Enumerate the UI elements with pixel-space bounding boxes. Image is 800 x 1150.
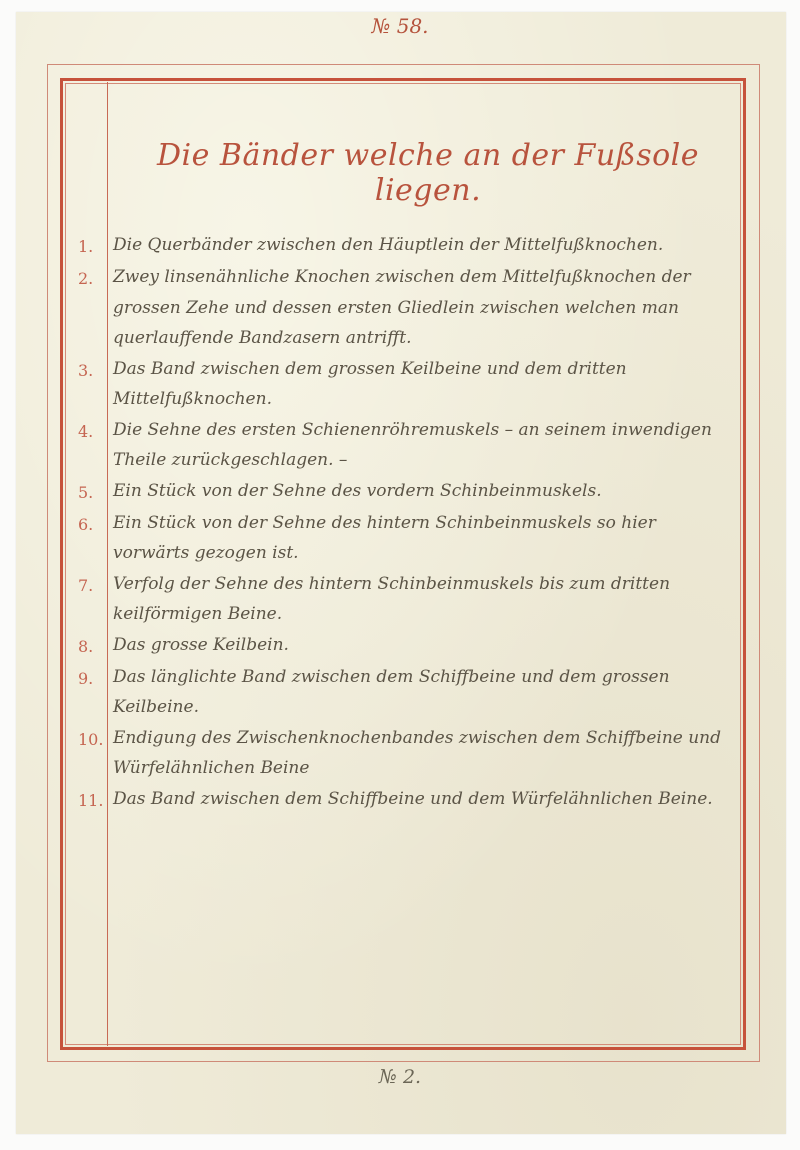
item-text: Zwey linsenähnliche Knochen zwischen dem… xyxy=(107,262,740,354)
list-item: 2. Zwey linsenähnliche Knochen zwischen … xyxy=(70,262,740,354)
list-item: 3. Das Band zwischen dem grossen Keilbei… xyxy=(70,354,740,415)
item-text: Das länglichte Band zwischen dem Schiffb… xyxy=(107,662,740,723)
item-number: 7. xyxy=(70,569,107,601)
item-number: 6. xyxy=(70,508,107,540)
item-number: 4. xyxy=(70,415,107,447)
list-item: 8. Das grosse Keilbein. xyxy=(70,630,740,662)
list-item: 11. Das Band zwischen dem Schiffbeine un… xyxy=(70,784,740,816)
item-number: 5. xyxy=(70,476,107,508)
item-text: Ein Stück von der Sehne des vordern Schi… xyxy=(107,476,740,507)
item-number: 10. xyxy=(70,723,107,755)
item-number: 11. xyxy=(70,784,107,816)
item-text: Das grosse Keilbein. xyxy=(107,630,740,661)
item-text: Verfolg der Sehne des hintern Schinbeinm… xyxy=(107,569,740,630)
item-text: Die Querbänder zwischen den Häuptlein de… xyxy=(107,230,740,261)
list-item: 1. Die Querbänder zwischen den Häuptlein… xyxy=(70,230,740,262)
list-item: 5. Ein Stück von der Sehne des vordern S… xyxy=(70,476,740,508)
item-number: 1. xyxy=(70,230,107,262)
item-text: Das Band zwischen dem grossen Keilbeine … xyxy=(107,354,740,415)
item-number: 8. xyxy=(70,630,107,662)
page-title: Die Bänder welche an der Fußsole liegen. xyxy=(110,138,746,208)
list-item: 6. Ein Stück von der Sehne des hintern S… xyxy=(70,508,740,569)
list-item: 7. Verfolg der Sehne des hintern Schinbe… xyxy=(70,569,740,630)
item-text: Ein Stück von der Sehne des hintern Schi… xyxy=(107,508,740,569)
item-text: Die Sehne des ersten Schienenröhremuskel… xyxy=(107,415,740,476)
list-item: 9. Das länglichte Band zwischen dem Schi… xyxy=(70,662,740,723)
list-item: 10. Endigung des Zwischenknochenbandes z… xyxy=(70,723,740,784)
item-text: Das Band zwischen dem Schiffbeine und de… xyxy=(107,784,740,815)
item-text: Endigung des Zwischenknochenbandes zwisc… xyxy=(107,723,740,784)
ligament-list: 1. Die Querbänder zwischen den Häuptlein… xyxy=(70,230,740,816)
item-number: 2. xyxy=(70,262,107,294)
folio-number-top: № 58. xyxy=(0,14,800,38)
list-item: 4. Die Sehne des ersten Schienenröhremus… xyxy=(70,415,740,476)
folio-number-bottom: № 2. xyxy=(0,1066,800,1088)
item-number: 3. xyxy=(70,354,107,386)
item-number: 9. xyxy=(70,662,107,694)
